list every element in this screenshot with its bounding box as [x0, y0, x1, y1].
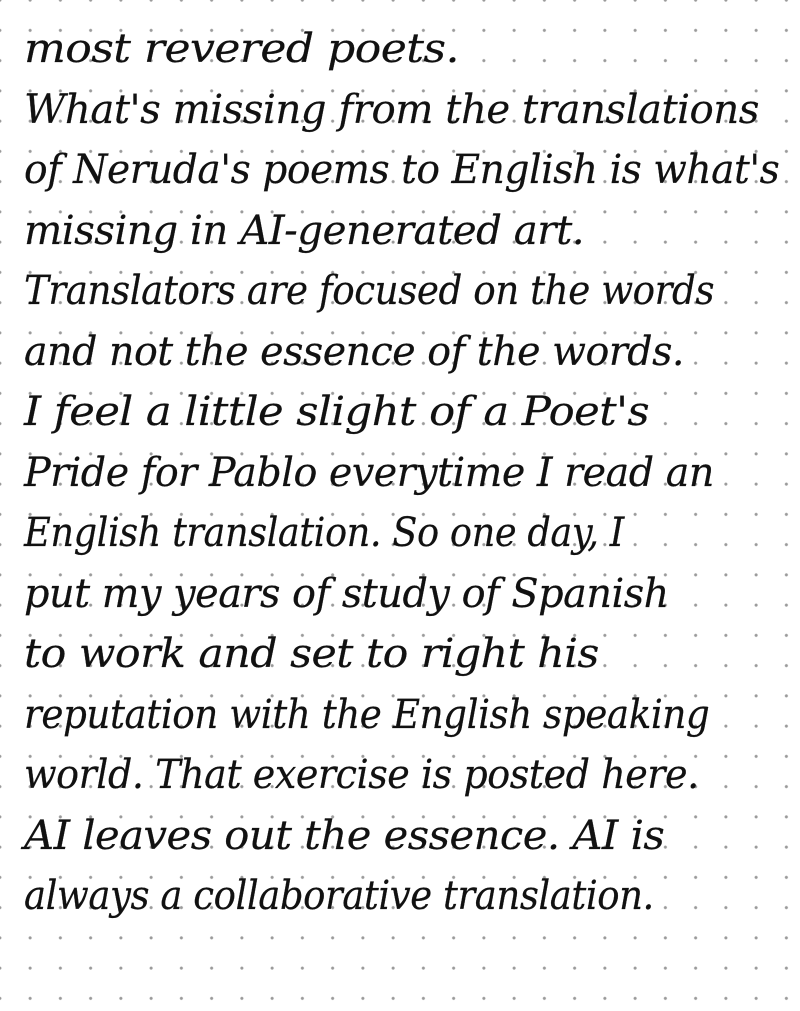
handwriting-line: Pride for Pablo everytime I read an [24, 453, 714, 493]
dot-grid-page: most revered poets. What's missing from … [0, 0, 800, 1011]
handwriting-line: AI leaves out the essence. AI is [24, 816, 664, 856]
handwriting-line: to work and set to right his [24, 634, 599, 674]
handwriting-line: English translation. So one day, I [24, 513, 624, 553]
handwriting-line: reputation with the English speaking [24, 695, 709, 735]
handwriting-line: always a collaborative translation. [24, 876, 654, 916]
handwriting-line: and not the essence of the words. [24, 332, 684, 372]
handwriting-line: Translators are focused on the words [24, 271, 714, 311]
handwriting-line: of Neruda's poems to English is what's [24, 150, 779, 190]
handwriting-line: I feel a little slight of a Poet's [24, 392, 649, 432]
handwriting-line: put my years of study of Spanish [24, 574, 669, 614]
handwriting-line: world. That exercise is posted here. [24, 755, 699, 795]
handwritten-text: most revered poets. What's missing from … [0, 0, 800, 1011]
handwriting-line: What's missing from the translations [24, 90, 759, 130]
handwriting-line: most revered poets. [24, 29, 459, 69]
handwriting-line: missing in AI-generated art. [24, 211, 584, 251]
